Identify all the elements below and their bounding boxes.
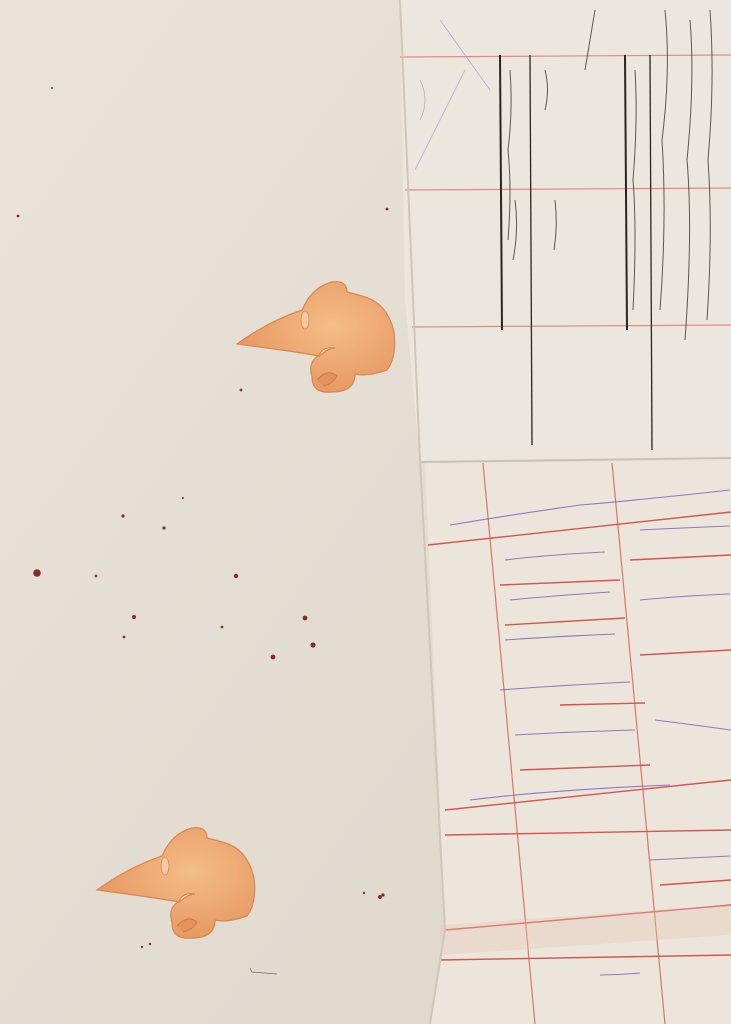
ledger-page-lower xyxy=(425,460,731,1024)
artwork-canvas xyxy=(0,0,731,1024)
ledger-page-upper xyxy=(400,0,731,462)
